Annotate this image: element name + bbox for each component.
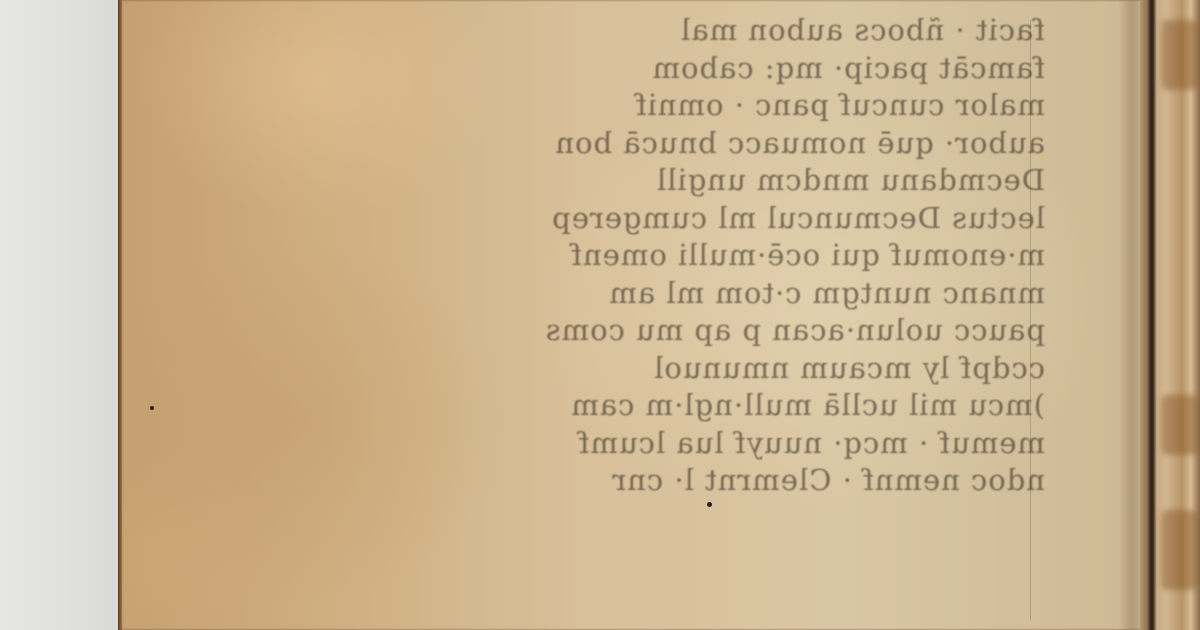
text-line: mnanc nuntgm c·tom ml am — [300, 275, 1045, 313]
text-line: malor cuncuf panc · omnif — [300, 87, 1045, 125]
text-line: )mcu mil ucllā mull·ngl·m cam — [300, 387, 1045, 425]
ink-speck — [707, 502, 712, 507]
text-line: facit · ñbocs aubon mal — [300, 12, 1045, 50]
background-surface — [0, 0, 122, 630]
ink-speck — [150, 406, 154, 410]
text-line: ccdpf ly mcaum nmunuol — [300, 350, 1045, 388]
text-line: aubor· quē nomuacc bnucā bon — [300, 125, 1045, 163]
text-line: Decmdanu mndcm ungill — [300, 162, 1045, 200]
text-line: famcāt pacip· mq: cabom — [300, 50, 1045, 88]
water-stain — [1162, 20, 1198, 90]
leaf-left-edge — [118, 0, 122, 630]
text-line: memuf · mcq· nuuyf lua lcumf — [300, 425, 1045, 463]
mirrored-manuscript-text: facit · ñbocs aubon mal famcāt pacip· mq… — [300, 12, 1045, 500]
water-stain — [1162, 510, 1198, 590]
text-line: paucc uolun·acan p ap mu coms — [300, 312, 1045, 350]
text-line: lectus Decmuncul ml cumgerep — [300, 200, 1045, 238]
text-line: m·enomuf qui ocē·mulli omenf — [300, 237, 1045, 275]
text-line: ndoc nemnf · Clemrnt l· cnr — [300, 462, 1045, 500]
water-stain — [1162, 395, 1198, 455]
